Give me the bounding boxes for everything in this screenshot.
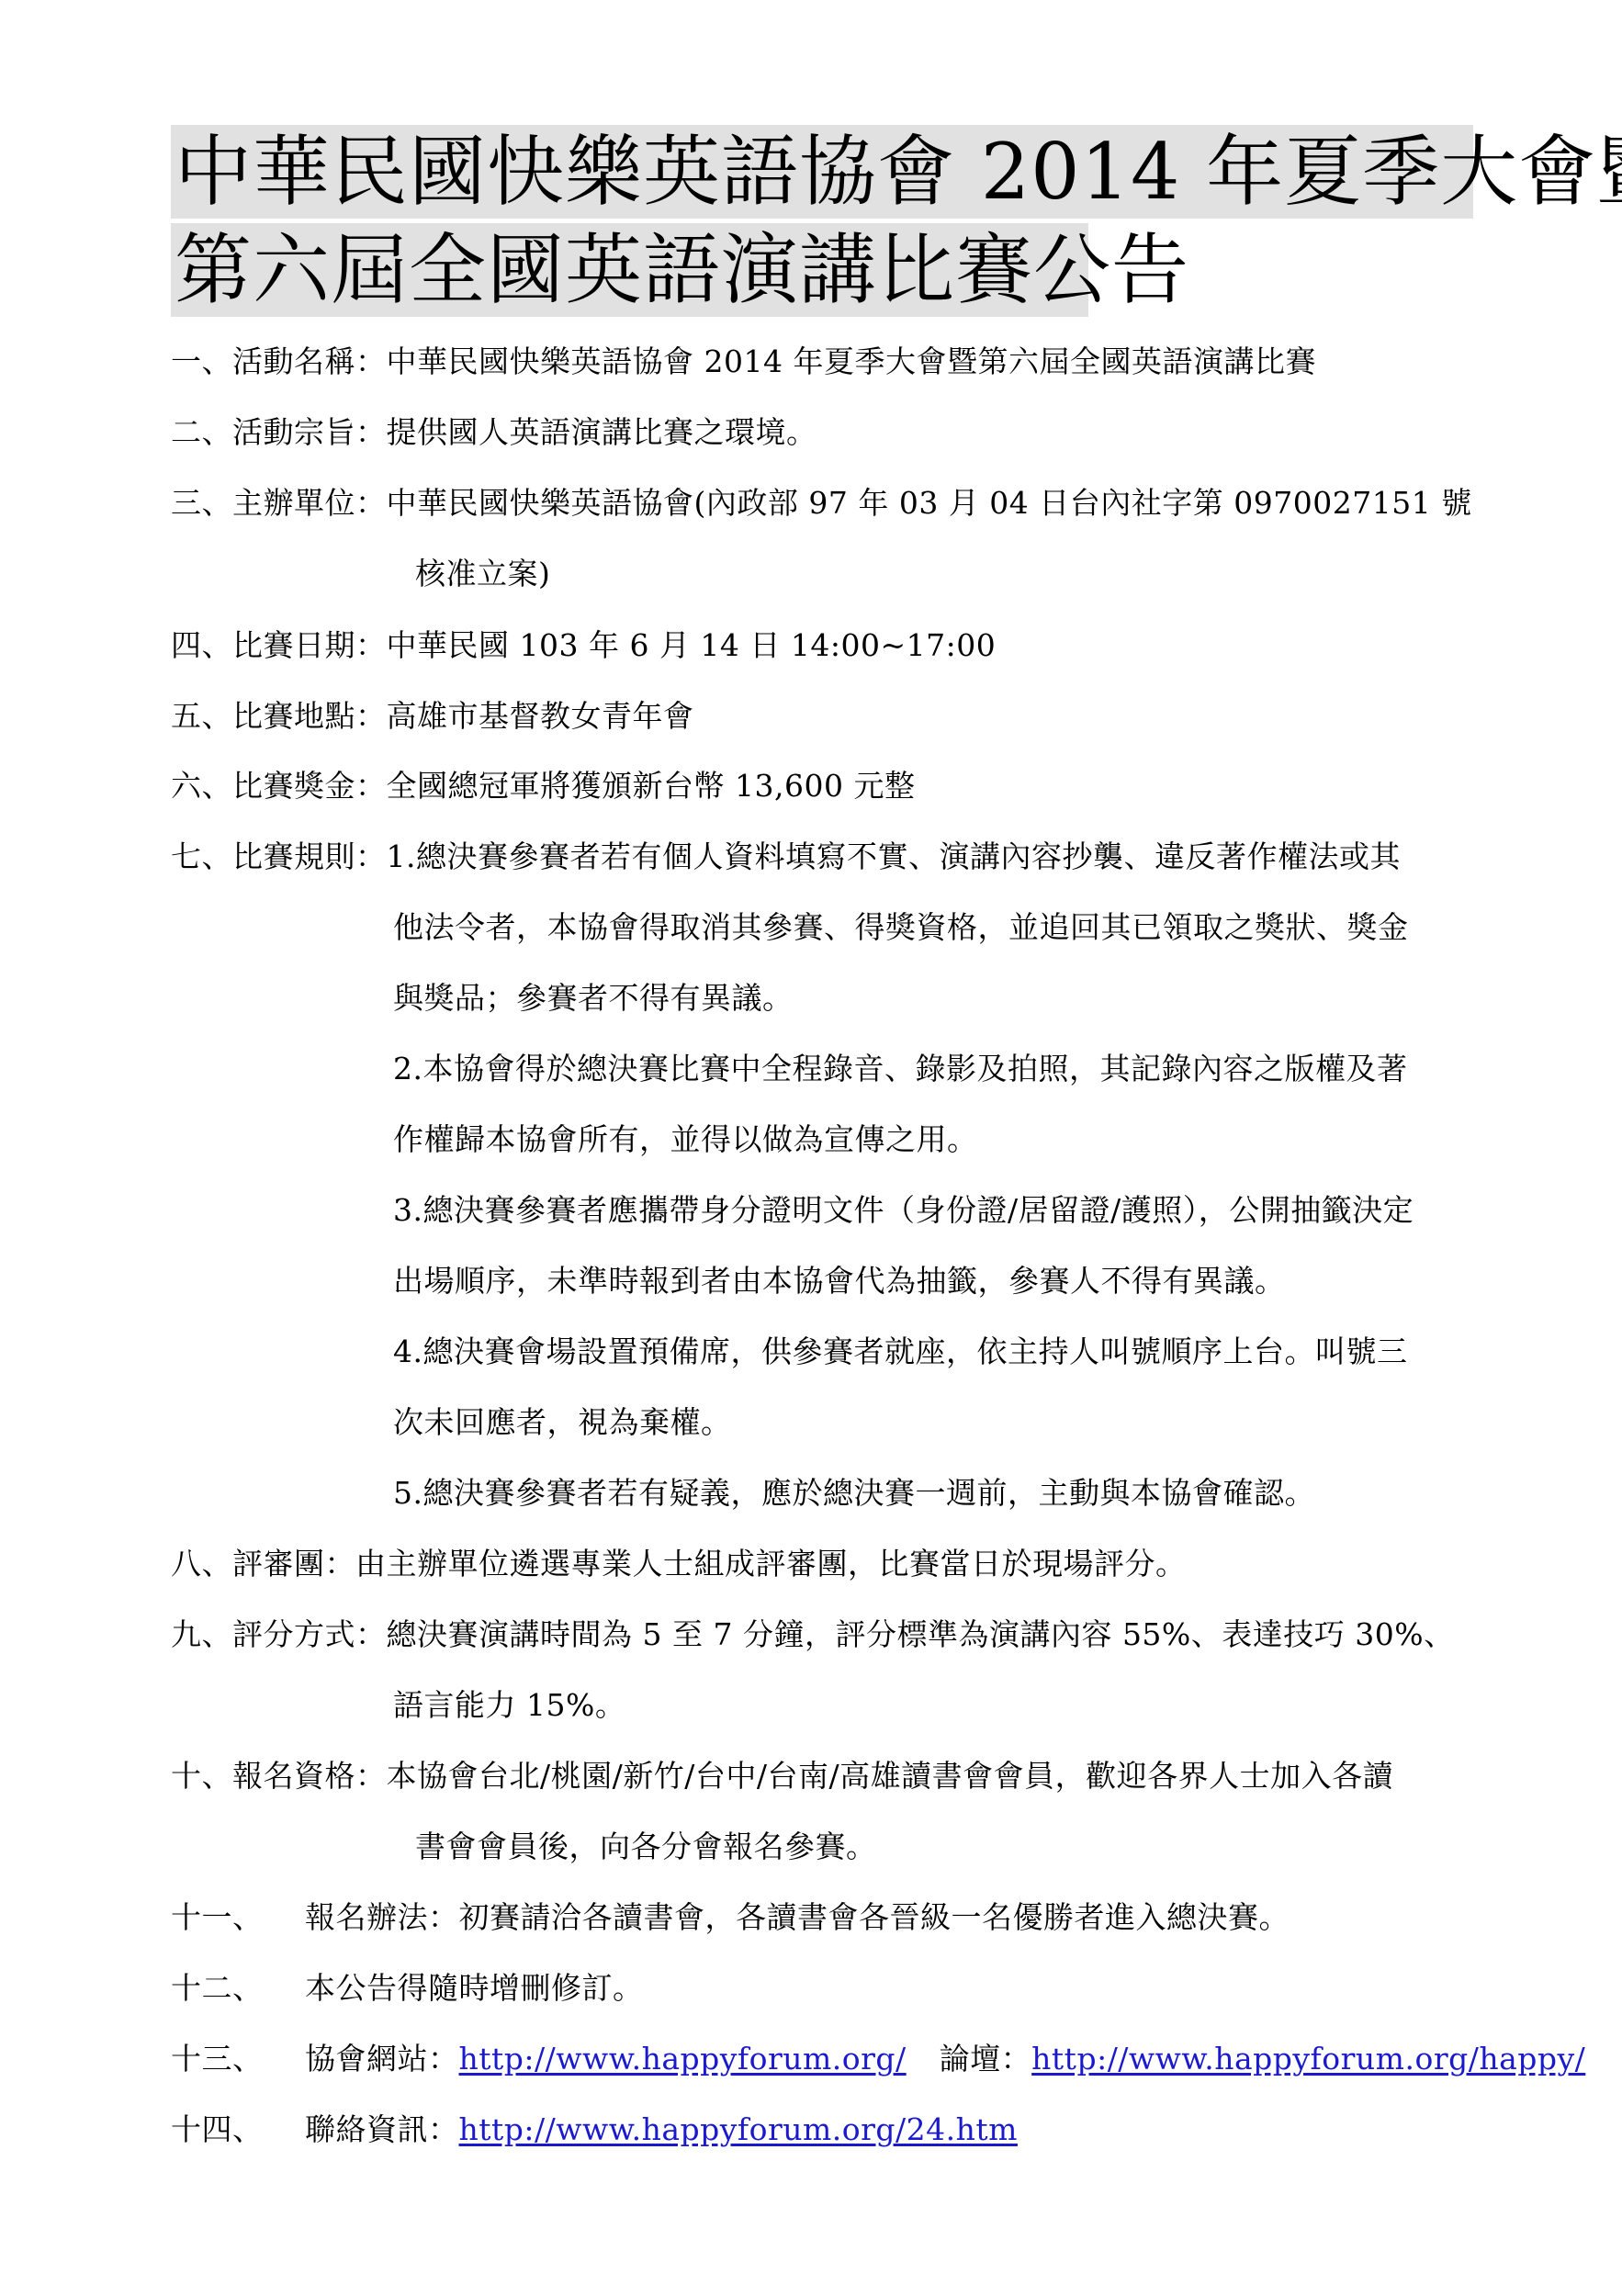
- rule-line: 2.本協會得於總決賽比賽中全程錄音、錄影及拍照，其記錄內容之版權及著: [393, 1051, 1408, 1087]
- rule-line: 1.總決賽參賽者若有個人資料填寫不實、演講內容抄襲、違反著作權法或其: [387, 838, 1402, 874]
- item-text: 高雄市基督教女青年會: [387, 698, 694, 734]
- item-text: 總決賽演講時間為 5 至 7 分鐘，評分標準為演講內容 55%、表達技巧 30%…: [387, 1616, 1455, 1652]
- item-amendment: 十二、本公告得隨時增刪修訂。: [171, 1970, 644, 2007]
- forum-link[interactable]: http://www.happyforum.org/happy/: [1031, 2041, 1585, 2077]
- rule-line: 出場順序，未準時報到者由本協會代為抽籤，參賽人不得有異議。: [393, 1263, 1286, 1300]
- item-contact: 十四、聯絡資訊：http://www.happyforum.org/24.htm: [171, 2111, 1018, 2148]
- item-judges: 八、評審團：由主辦單位遴選專業人士組成評審團，比賽當日於現場評分。: [171, 1546, 1187, 1582]
- item-label: 五、比賽地點：: [171, 698, 387, 735]
- item-text: 本協會台北/桃園/新竹/台中/台南/高雄讀書會會員，歡迎各界人士加入各讀: [387, 1758, 1394, 1794]
- document-title-line-2: 第六屆全國英語演講比賽公告: [171, 223, 1088, 317]
- rule-line: 他法令者，本協會得取消其參賽、得獎資格，並追回其已領取之獎狀、獎金: [393, 909, 1409, 946]
- item-organizer: 三、主辦單位：中華民國快樂英語協會(內政部 97 年 03 月 04 日台內社字…: [171, 485, 1472, 522]
- item-text: 由主辦單位遴選專業人士組成評審團，比賽當日於現場評分。: [355, 1546, 1187, 1581]
- item-label: 九、評分方式：: [171, 1616, 387, 1653]
- item-text: 本公告得隨時增刪修訂。: [305, 1970, 644, 2006]
- item-text: 提供國人英語演講比賽之環境。: [387, 414, 817, 450]
- item-label: 二、活動宗旨：: [171, 414, 387, 451]
- item-competition-date: 四、比賽日期：中華民國 103 年 6 月 14 日 14:00~17:00: [171, 627, 996, 664]
- item-activity-purpose: 二、活動宗旨：提供國人英語演講比賽之環境。: [171, 414, 817, 451]
- item-organizer-continuation: 核准立案): [415, 556, 550, 592]
- document-page: 中華民國快樂英語協會 2014 年夏季大會暨 第六屆全國英語演講比賽公告 一、活…: [0, 0, 1622, 2296]
- item-text: 中華民國快樂英語協會(內政部 97 年 03 月 04 日台內社字第 09700…: [387, 485, 1472, 521]
- item-label: 一、活動名稱：: [171, 343, 387, 380]
- item-registration: 十一、報名辦法：初賽請洽各讀書會，各讀書會各晉級一名優勝者進入總決賽。: [171, 1899, 1290, 1936]
- item-text: 中華民國 103 年 6 月 14 日 14:00~17:00: [387, 627, 997, 663]
- item-scoring-continuation: 語言能力 15%。: [393, 1687, 625, 1724]
- rule-line: 3.總決賽參賽者應攜帶身分證明文件（身份證/居留證/護照），公開抽籤決定: [393, 1192, 1414, 1229]
- item-label: 四、比賽日期：: [171, 627, 387, 664]
- rule-line: 次未回應者，視為棄權。: [393, 1404, 732, 1441]
- item-prize-money: 六、比賽獎金：全國總冠軍將獲頒新台幣 13,600 元整: [171, 768, 915, 805]
- item-text: 報名辦法：初賽請洽各讀書會，各讀書會各晉級一名優勝者進入總決賽。: [305, 1899, 1290, 1935]
- item-label: 七、比賽規則：: [171, 838, 387, 875]
- item-label: 十四、: [171, 2111, 305, 2148]
- item-text: 聯絡資訊：: [305, 2111, 459, 2147]
- contact-info-link[interactable]: http://www.happyforum.org/24.htm: [459, 2111, 1018, 2147]
- rule-line: 4.總決賽會場設置預備席，供參賽者就座，依主持人叫號順序上台。叫號三: [393, 1334, 1408, 1370]
- document-title-line-1: 中華民國快樂英語協會 2014 年夏季大會暨: [171, 125, 1473, 219]
- item-label: 十二、: [171, 1970, 305, 2007]
- item-eligibility: 十、報名資格：本協會台北/桃園/新竹/台中/台南/高雄讀書會會員，歡迎各界人士加…: [171, 1758, 1393, 1795]
- item-label: 十一、: [171, 1899, 305, 1936]
- item-website: 十三、協會網站：http://www.happyforum.org/論壇：htt…: [171, 2041, 1585, 2077]
- item-text: 協會網站：: [305, 2041, 459, 2077]
- association-website-link[interactable]: http://www.happyforum.org/: [459, 2041, 907, 2077]
- item-activity-name: 一、活動名稱：中華民國快樂英語協會 2014 年夏季大會暨第六屆全國英語演講比賽: [171, 343, 1316, 380]
- item-label: 六、比賽獎金：: [171, 768, 387, 805]
- item-eligibility-continuation: 書會會員後，向各分會報名參賽。: [415, 1829, 877, 1865]
- item-rules: 七、比賽規則：1.總決賽參賽者若有個人資料填寫不實、演講內容抄襲、違反著作權法或…: [171, 838, 1401, 875]
- forum-label: 論壇：: [940, 2041, 1032, 2077]
- rule-line: 5.總決賽參賽者若有疑義，應於總決賽一週前，主動與本協會確認。: [393, 1475, 1315, 1512]
- rule-line: 作權歸本協會所有，並得以做為宣傳之用。: [393, 1121, 978, 1158]
- item-label: 八、評審團：: [171, 1546, 355, 1582]
- item-scoring: 九、評分方式：總決賽演講時間為 5 至 7 分鐘，評分標準為演講內容 55%、表…: [171, 1616, 1455, 1653]
- rule-line: 與獎品；參賽者不得有異議。: [393, 980, 794, 1017]
- item-label: 十三、: [171, 2041, 305, 2077]
- item-label: 十、報名資格：: [171, 1758, 387, 1795]
- item-competition-venue: 五、比賽地點：高雄市基督教女青年會: [171, 698, 694, 735]
- item-label: 三、主辦單位：: [171, 485, 387, 522]
- item-text: 中華民國快樂英語協會 2014 年夏季大會暨第六屆全國英語演講比賽: [387, 343, 1316, 379]
- item-text: 全國總冠軍將獲頒新台幣 13,600 元整: [387, 768, 916, 804]
